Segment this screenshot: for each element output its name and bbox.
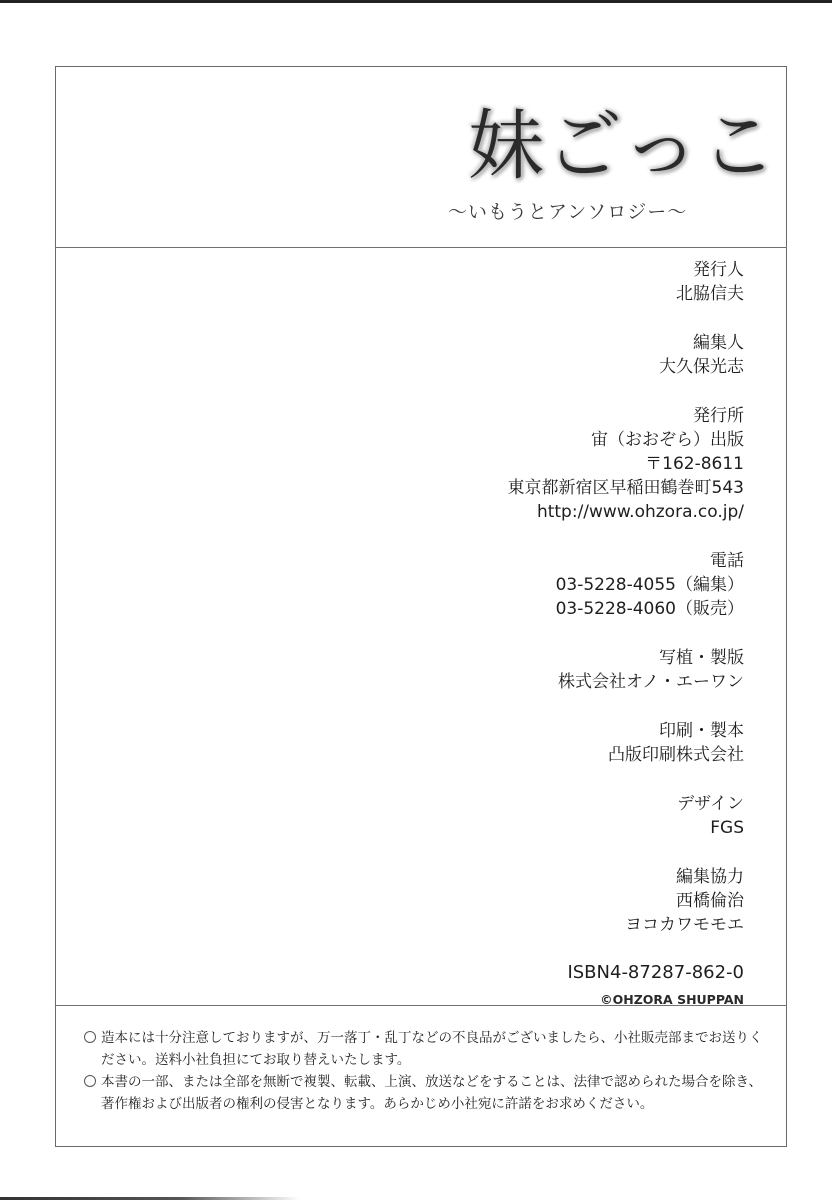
phone-sales: 03-5228-4060（販売） (444, 597, 744, 621)
credit-label: 発行所 (444, 404, 744, 428)
credit-publisher-person: 発行人 北脇信夫 (444, 258, 744, 306)
credit-label: デザイン (444, 792, 744, 816)
notices: 造本には十分注意しておりますが、万一落丁・乱丁などの不良品がございましたら、小社… (84, 1027, 774, 1115)
phone-editorial: 03-5228-4055（編集） (444, 573, 744, 597)
notice-copyright: 本書の一部、または全部を無断で複製、転載、上演、放送などをすることは、法律で認め… (84, 1071, 774, 1115)
credit-value: 北脇信夫 (444, 282, 744, 306)
credit-editor: 編集人 大久保光志 (444, 331, 744, 379)
credit-publishing-house: 発行所 宙（おおぞら）出版 〒162-8611 東京都新宿区早稲田鶴巻町543 … (444, 404, 744, 524)
credit-value: 凸版印刷株式会社 (444, 743, 744, 767)
address: 東京都新宿区早稲田鶴巻町543 (444, 476, 744, 500)
credit-value: ヨコカワモモエ (444, 913, 744, 937)
isbn: ISBN4-87287-862-0 (444, 961, 744, 985)
credit-value: FGS (444, 816, 744, 840)
scan-edge-top (0, 0, 832, 3)
notice-defects: 造本には十分注意しておりますが、万一落丁・乱丁などの不良品がございましたら、小社… (84, 1027, 774, 1071)
credit-value: 西橋倫治 (444, 889, 744, 913)
credit-value: 大久保光志 (444, 355, 744, 379)
notice-text: 本書の一部、または全部を無断で複製、転載、上演、放送などをすることは、法律で認め… (101, 1071, 774, 1115)
circle-bullet-icon (84, 1031, 96, 1043)
copyright: ©OHZORA SHUPPAN (444, 991, 744, 1009)
book-title: 妹ごっこ (468, 96, 778, 196)
credit-value: 株式会社オノ・エーワン (444, 670, 744, 694)
publisher-name: 宙（おおぞら）出版 (444, 428, 744, 452)
credit-label: 写植・製版 (444, 646, 744, 670)
credit-editorial-cooperation: 編集協力 西橋倫治 ヨコカワモモエ (444, 865, 744, 937)
credit-label: 電話 (444, 549, 744, 573)
circle-bullet-icon (84, 1075, 96, 1087)
credit-label: 編集協力 (444, 865, 744, 889)
credit-printing: 印刷・製本 凸版印刷株式会社 (444, 719, 744, 767)
book-subtitle: 〜いもうとアンソロジー〜 (448, 200, 687, 224)
credit-label: 編集人 (444, 331, 744, 355)
postal-code: 〒162-8611 (444, 452, 744, 476)
credit-typesetting: 写植・製版 株式会社オノ・エーワン (444, 646, 744, 694)
header-divider (55, 247, 787, 248)
credit-label: 印刷・製本 (444, 719, 744, 743)
credit-label: 発行人 (444, 258, 744, 282)
title-block: 妹ごっこ 〜いもうとアンソロジー〜 (440, 96, 780, 236)
notice-text: 造本には十分注意しておりますが、万一落丁・乱丁などの不良品がございましたら、小社… (101, 1027, 774, 1071)
credit-design: デザイン FGS (444, 792, 744, 840)
credits-list: 発行人 北脇信夫 編集人 大久保光志 発行所 宙（おおぞら）出版 〒162-86… (444, 258, 744, 1009)
website-link[interactable]: http://www.ohzora.co.jp/ (444, 500, 744, 524)
credit-phone: 電話 03-5228-4055（編集） 03-5228-4060（販売） (444, 549, 744, 621)
